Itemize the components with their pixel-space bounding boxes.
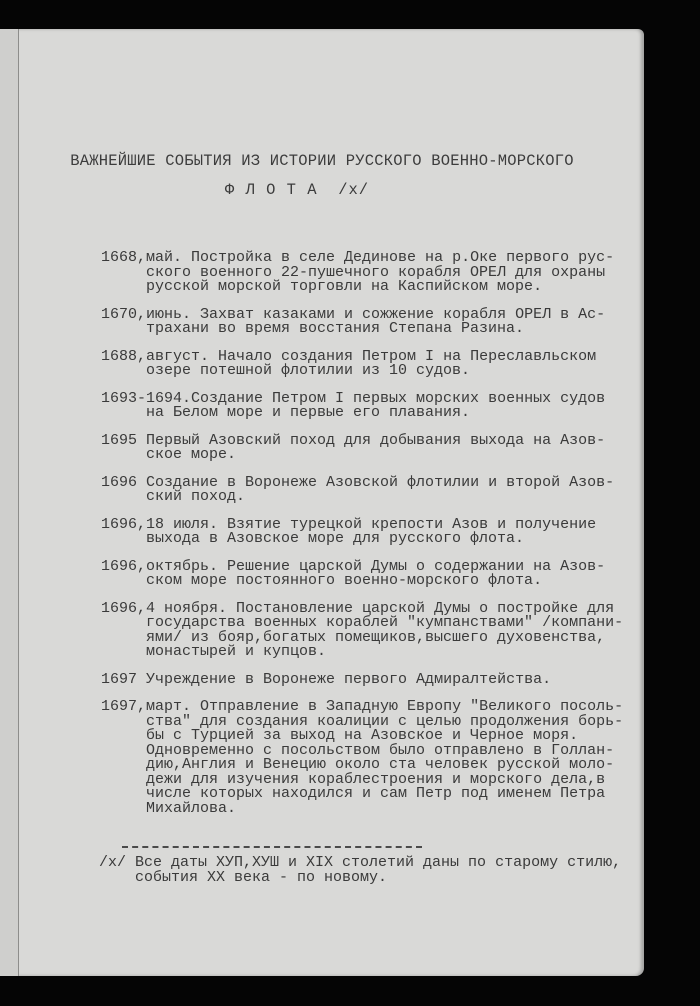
event-date: 1696, bbox=[101, 560, 146, 589]
event-date: 1670, bbox=[101, 308, 146, 337]
document-title-line-2: Ф Л О Т А /х/ bbox=[0, 181, 619, 199]
event-entry: 1668,май. Постройка в селе Дединове на р… bbox=[101, 251, 631, 295]
event-description: Первый Азовский поход для добывания выхо… bbox=[146, 434, 605, 463]
event-entry: 1696,18 июля. Взятие турецкой крепости А… bbox=[101, 518, 631, 547]
event-description: июнь. Захват казаками и сожжение корабля… bbox=[146, 308, 605, 337]
event-entry: 1697,март. Отправление в Западную Европу… bbox=[101, 700, 631, 816]
events-list: 1668,май. Постройка в селе Дединове на р… bbox=[101, 251, 631, 829]
event-date: 1688, bbox=[101, 350, 146, 379]
event-entry: 1695 Первый Азовский поход для добывания… bbox=[101, 434, 631, 463]
event-date: 1696 bbox=[101, 476, 146, 505]
event-description: 4 ноября. Постановление царской Думы о п… bbox=[146, 602, 623, 660]
footnote-separator bbox=[122, 846, 422, 848]
event-entry: 1670,июнь. Захват казаками и сожжение ко… bbox=[101, 308, 631, 337]
footnote: /х/ Все даты ХУП,ХУШ и XIX столетий даны… bbox=[99, 855, 621, 885]
event-description: Создание в Воронеже Азовской флотилии и … bbox=[146, 476, 614, 505]
event-date: 1697 bbox=[101, 673, 146, 688]
event-date: 1696, bbox=[101, 602, 146, 660]
event-description: март. Отправление в Западную Европу "Вел… bbox=[146, 700, 623, 816]
event-description: май. Постройка в селе Дединове на р.Оке … bbox=[146, 251, 614, 295]
event-date: 1668, bbox=[101, 251, 146, 295]
event-entry: 1693-1694.Создание Петром I первых морск… bbox=[101, 392, 631, 421]
event-description: 18 июля. Взятие турецкой крепости Азов и… bbox=[146, 518, 596, 547]
event-date: 1697, bbox=[101, 700, 146, 816]
event-entry: 1696,4 ноября. Постановление царской Дум… bbox=[101, 602, 631, 660]
event-description: август. Начало создания Петром I на Пере… bbox=[146, 350, 596, 379]
event-date: 1695 bbox=[101, 434, 146, 463]
event-entry: 1697 Учреждение в Воронеже первого Адмир… bbox=[101, 673, 631, 688]
event-entry: 1696 Создание в Воронеже Азовской флотил… bbox=[101, 476, 631, 505]
adjacent-page-edge bbox=[0, 29, 19, 976]
event-entry: 1688,август. Начало создания Петром I на… bbox=[101, 350, 631, 379]
document-title-line-1: ВАЖНЕЙШИЕ СОБЫТИЯ ИЗ ИСТОРИИ РУССКОГО ВО… bbox=[0, 152, 644, 170]
event-description: Создание Петром I первых морских военных… bbox=[191, 392, 605, 421]
event-description: октябрь. Решение царской Думы о содержан… bbox=[146, 560, 605, 589]
event-entry: 1696,октябрь. Решение царской Думы о сод… bbox=[101, 560, 631, 589]
event-description: Учреждение в Воронеже первого Адмиралтей… bbox=[146, 673, 551, 688]
document-page: ВАЖНЕЙШИЕ СОБЫТИЯ ИЗ ИСТОРИИ РУССКОГО ВО… bbox=[0, 29, 644, 976]
event-date: 1696, bbox=[101, 518, 146, 547]
